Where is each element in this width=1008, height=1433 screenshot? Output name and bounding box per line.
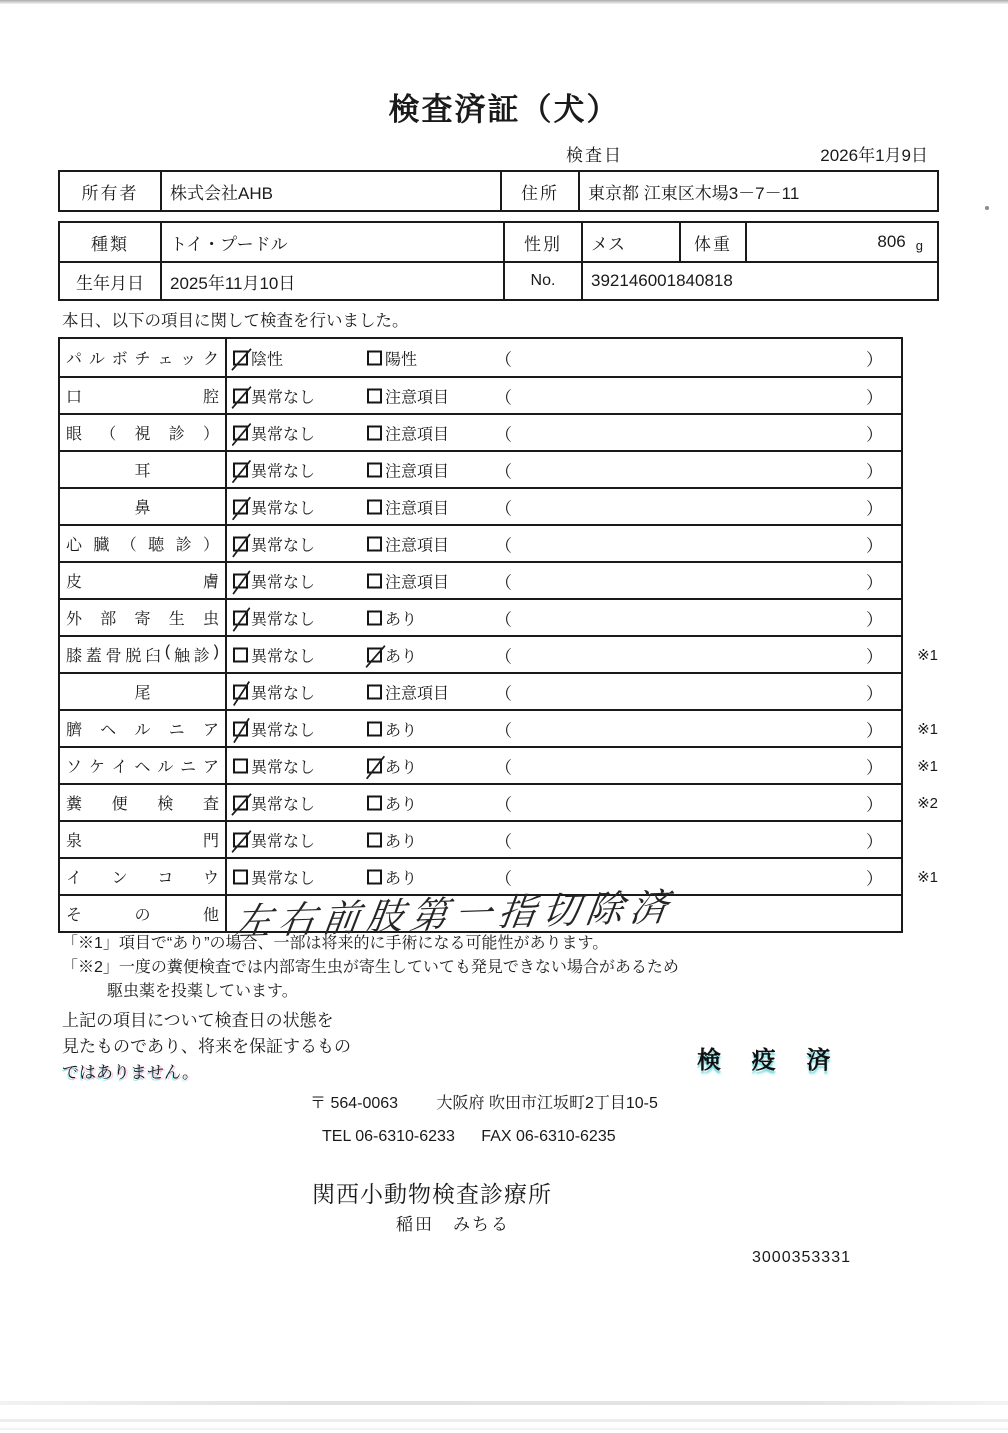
checkbox-option: 異常なし <box>233 532 315 555</box>
option-label: 注意項目 <box>385 458 449 481</box>
checkbox-option: 陰性 <box>233 346 283 369</box>
weight-unit: g <box>916 238 923 253</box>
checkbox-icon <box>233 647 248 662</box>
checkbox-icon <box>367 462 382 477</box>
breed-label: 種類 <box>60 223 162 261</box>
weight-value: 806 g <box>747 223 937 261</box>
checkbox-option: 異常なし <box>233 865 315 888</box>
item-label: 心臓（聴診） <box>66 532 219 555</box>
item-label-cell: ソケイヘルニア <box>60 748 227 783</box>
item-label: ソケイヘルニア <box>66 754 219 777</box>
item-label: 糞便検査 <box>66 791 219 814</box>
note-badge: ※1 <box>917 757 938 775</box>
exam-date-value: 2026年1月9日 <box>758 141 928 166</box>
birth-row: 生年月日 2025年11月10日 No. 392146001840818 <box>60 261 937 299</box>
checkbox-option: 陽性 <box>367 346 417 369</box>
checkbox-icon <box>367 610 382 625</box>
checkbox-icon <box>233 536 248 551</box>
checklist-row: 外部寄生虫異常なしあり（） <box>60 598 901 635</box>
scan-edge-bottom-3 <box>0 1428 1008 1430</box>
item-label-cell: 皮膚 <box>60 563 227 598</box>
paren-close: ） <box>866 679 883 704</box>
option-label: 異常なし <box>251 643 315 666</box>
clinic-tel: TEL 06-6310-6233 <box>322 1128 455 1145</box>
owner-table: 所有者 株式会社AHB 住所 東京都 江東区木場3－7－11 <box>58 170 939 212</box>
disclaimer-line-2: 見たものであり、将来を保証するもの <box>62 1034 351 1060</box>
paren-close: ） <box>866 494 883 519</box>
option-label: 異常なし <box>251 717 315 740</box>
option-label: 異常なし <box>251 421 315 444</box>
checkbox-option: 注意項目 <box>367 458 449 481</box>
sex-value: メス <box>583 223 681 261</box>
paren-close: ） <box>866 827 883 852</box>
checkbox-option: 異常なし <box>233 680 315 703</box>
checkbox-option: 異常なし <box>233 384 315 407</box>
breed-value: トイ・プードル <box>162 223 505 261</box>
checkbox-icon <box>233 684 248 699</box>
note-badge: ※1 <box>917 646 938 664</box>
checklist-row: 耳異常なし注意項目（） <box>60 450 901 487</box>
owner-value: 株式会社AHB <box>162 172 502 210</box>
clinic-name: 関西小動物検査診療所 <box>312 1176 552 1209</box>
item-content-cell: 異常なしあり（）※1 <box>227 637 901 672</box>
checkbox-icon <box>233 462 248 477</box>
option-label: 異常なし <box>251 754 315 777</box>
scan-edge-bottom-1 <box>0 1401 1008 1405</box>
checkbox-icon <box>233 350 248 365</box>
paren-open: （ <box>495 716 512 741</box>
option-label: あり <box>385 828 417 851</box>
disclaimer-line-1: 上記の項目について検査日の状態を <box>62 1008 351 1034</box>
item-label: 皮膚 <box>66 569 219 592</box>
item-label: インコウ <box>66 865 219 888</box>
item-label-cell: その他 <box>60 896 227 931</box>
checkbox-option: あり <box>367 828 417 851</box>
paren-open: （ <box>495 642 512 667</box>
scan-edge-bottom-2 <box>0 1419 1008 1422</box>
quarantine-stamp: 検 疫 済 <box>697 1040 842 1075</box>
exam-date-label: 検査日 <box>566 141 623 166</box>
paren-open: （ <box>495 383 512 408</box>
checkbox-option: 異常なし <box>233 458 315 481</box>
scan-edge-top <box>0 0 1008 4</box>
option-label: 注意項目 <box>385 532 449 555</box>
checkbox-icon <box>233 573 248 588</box>
option-label: 異常なし <box>251 865 315 888</box>
owner-row: 所有者 株式会社AHB 住所 東京都 江東区木場3－7－11 <box>60 172 937 210</box>
checkbox-option: 異常なし <box>233 606 315 629</box>
pen-check-mark-icon <box>365 644 386 667</box>
paren-open: （ <box>495 457 512 482</box>
checkbox-icon <box>367 795 382 810</box>
clinic-tel-line: TEL 06-6310-6233 FAX 06-6310-6235 <box>322 1128 616 1146</box>
item-content-cell: 異常なしあり（）※1 <box>227 748 901 783</box>
clinic-fax: FAX 06-6310-6235 <box>481 1128 615 1145</box>
paren-close: ） <box>866 568 883 593</box>
item-label-cell: 膝蓋骨脱臼(触診) <box>60 637 227 672</box>
weight-number: 806 <box>877 232 905 252</box>
checkbox-option: 注意項目 <box>367 495 449 518</box>
checklist-row: パルボチェック陰性陽性（） <box>60 339 901 376</box>
owner-label: 所有者 <box>60 172 162 210</box>
option-label: あり <box>385 754 417 777</box>
checkbox-icon <box>367 388 382 403</box>
item-content-cell: 異常なしあり（） <box>227 600 901 635</box>
paren-close: ） <box>866 605 883 630</box>
page-title: 検査済証（犬） <box>0 84 1008 129</box>
checkbox-option: あり <box>367 754 417 777</box>
option-label: あり <box>385 643 417 666</box>
checkbox-option: 注意項目 <box>367 569 449 592</box>
checkbox-option: 異常なし <box>233 828 315 851</box>
item-label-cell: 尾 <box>60 674 227 709</box>
item-label: 臍ヘルニア <box>66 717 219 740</box>
item-label-cell: インコウ <box>60 859 227 894</box>
checkbox-icon <box>233 795 248 810</box>
item-content-cell: 左右前肢第一指切除済 <box>227 896 901 931</box>
checklist-row: 鼻異常なし注意項目（） <box>60 487 901 524</box>
checkbox-icon <box>233 425 248 440</box>
option-label: 異常なし <box>251 569 315 592</box>
option-label: 注意項目 <box>385 680 449 703</box>
item-content-cell: 異常なし注意項目（） <box>227 674 901 709</box>
option-label: 注意項目 <box>385 421 449 444</box>
checkbox-icon <box>367 350 382 365</box>
item-content-cell: 異常なし注意項目（） <box>227 489 901 524</box>
option-label: 異常なし <box>251 384 315 407</box>
checklist-row: 心臓（聴診）異常なし注意項目（） <box>60 524 901 561</box>
paren-close: ） <box>866 457 883 482</box>
breed-row: 種類 トイ・プードル 性別 メス 体重 806 g <box>60 223 937 261</box>
checklist-row: 糞便検査異常なしあり（）※2 <box>60 783 901 820</box>
item-label: 口腔 <box>66 384 219 407</box>
no-label: No. <box>505 263 583 299</box>
checkbox-icon <box>233 758 248 773</box>
item-label: 鼻 <box>66 495 219 518</box>
checkbox-icon <box>367 573 382 588</box>
item-label-cell: 泉門 <box>60 822 227 857</box>
pen-check-mark-icon <box>232 533 251 557</box>
checklist-row: 膝蓋骨脱臼(触診)異常なしあり（）※1 <box>60 635 901 672</box>
footnote-2-cont: 駆虫薬を投薬しています。 <box>107 980 679 1004</box>
item-label: その他 <box>66 902 219 925</box>
checkbox-icon <box>367 684 382 699</box>
note-badge: ※1 <box>917 720 938 738</box>
option-label: 異常なし <box>251 495 315 518</box>
checkbox-icon <box>233 832 248 847</box>
paren-open: （ <box>495 420 512 445</box>
pen-check-mark-icon <box>232 496 251 520</box>
item-content-cell: 異常なし注意項目（） <box>227 415 901 450</box>
disclaimer: 上記の項目について検査日の状態を 見たものであり、将来を保証するもの ではありま… <box>62 1008 351 1086</box>
checkbox-option: あり <box>367 606 417 629</box>
address-value: 東京都 江東区木場3－7－11 <box>580 172 937 210</box>
checkbox-option: 注意項目 <box>367 384 449 407</box>
item-content-cell: 陰性陽性（） <box>227 339 901 376</box>
item-label-cell: パルボチェック <box>60 339 227 376</box>
checklist-table: パルボチェック陰性陽性（）口腔異常なし注意項目（）眼（視診）異常なし注意項目（）… <box>58 337 903 933</box>
item-content-cell: 異常なし注意項目（） <box>227 452 901 487</box>
item-label: 外部寄生虫 <box>66 606 219 629</box>
option-label: 注意項目 <box>385 569 449 592</box>
pen-check-mark-icon <box>231 793 252 816</box>
checkbox-option: 注意項目 <box>367 680 449 703</box>
paren-close: ） <box>866 531 883 556</box>
serial-number: 3000353331 <box>752 1249 851 1267</box>
paren-open: （ <box>495 753 512 778</box>
checkbox-icon <box>367 647 382 662</box>
checkbox-icon <box>367 536 382 551</box>
checkbox-icon <box>233 721 248 736</box>
pet-info-table: 種類 トイ・プードル 性別 メス 体重 806 g 生年月日 2025年11月1… <box>58 221 939 301</box>
option-label: 陽性 <box>385 346 417 369</box>
option-label: 異常なし <box>251 532 315 555</box>
birth-value: 2025年11月10日 <box>162 263 505 299</box>
checkbox-option: 異常なし <box>233 754 315 777</box>
pen-check-mark-icon <box>233 680 250 705</box>
checkbox-option: 注意項目 <box>367 421 449 444</box>
checkbox-option: 異常なし <box>233 421 315 444</box>
clinic-postal: 〒 564-0063 <box>310 1095 398 1112</box>
checkbox-option: 注意項目 <box>367 532 449 555</box>
item-label-cell: 心臓（聴診） <box>60 526 227 561</box>
paren-close: ） <box>866 716 883 741</box>
checklist-row: 皮膚異常なし注意項目（） <box>60 561 901 598</box>
note-badge: ※2 <box>917 794 938 812</box>
option-label: あり <box>385 791 417 814</box>
item-label: 眼（視診） <box>66 421 219 444</box>
paren-close: ） <box>866 642 883 667</box>
paren-open: （ <box>495 568 512 593</box>
option-label: 注意項目 <box>385 495 449 518</box>
checkbox-option: 異常なし <box>233 569 315 592</box>
checkbox-icon <box>367 869 382 884</box>
checkbox-option: 異常なし <box>233 643 315 666</box>
option-label: 陰性 <box>251 346 283 369</box>
checkbox-icon <box>367 499 382 514</box>
paren-open: （ <box>495 345 512 370</box>
checkbox-option: 異常なし <box>233 717 315 740</box>
certificate-page: 検査済証（犬） 検査日 2026年1月9日 所有者 株式会社AHB 住所 東京都… <box>0 0 1008 1433</box>
option-label: 異常なし <box>251 458 315 481</box>
pen-check-mark-icon <box>231 829 252 852</box>
item-content-cell: 異常なしあり（）※2 <box>227 785 901 820</box>
item-label: 耳 <box>66 458 219 481</box>
intro-sentence: 本日、以下の項目に関して検査を行いました。 <box>62 307 409 331</box>
item-label: 膝蓋骨脱臼(触診) <box>66 643 219 666</box>
sex-label: 性別 <box>505 223 583 261</box>
item-label-cell: 臍ヘルニア <box>60 711 227 746</box>
footnotes: 「※1」項目で“あり”の場合、一部は将来的に手術になる可能性があります。 「※2… <box>62 932 679 1004</box>
item-content-cell: 異常なし注意項目（） <box>227 563 901 598</box>
vet-name: 稲田 みちる <box>396 1210 510 1235</box>
pen-check-mark-icon <box>231 422 251 446</box>
weight-label: 体重 <box>681 223 747 261</box>
checkbox-option: あり <box>367 717 417 740</box>
item-label-cell: 糞便検査 <box>60 785 227 820</box>
pen-check-mark-icon <box>232 570 251 595</box>
item-label: 尾 <box>66 680 219 703</box>
checkbox-icon <box>367 425 382 440</box>
note-badge: ※1 <box>917 868 938 886</box>
item-label: パルボチェック <box>66 346 219 369</box>
checkbox-icon <box>367 721 382 736</box>
paren-open: （ <box>495 790 512 815</box>
item-label-cell: 鼻 <box>60 489 227 524</box>
pen-check-mark-icon <box>233 717 250 743</box>
item-label: 泉門 <box>66 828 219 851</box>
paren-close: ） <box>866 383 883 408</box>
item-content-cell: 異常なしあり（） <box>227 822 901 857</box>
clinic-address: 大阪府 吹田市江坂町2丁目10-5 <box>437 1095 658 1112</box>
checkbox-option: あり <box>367 643 417 666</box>
paren-close: ） <box>866 790 883 815</box>
checkbox-icon <box>367 758 382 773</box>
checkbox-icon <box>233 869 248 884</box>
pen-check-mark-icon <box>231 348 252 371</box>
paren-close: ） <box>866 753 883 778</box>
paren-close: ） <box>866 345 883 370</box>
checklist-row: その他左右前肢第一指切除済 <box>60 894 901 931</box>
option-label: 異常なし <box>251 680 315 703</box>
clinic-address-line: 〒 564-0063 大阪府 吹田市江坂町2丁目10-5 <box>310 1090 658 1113</box>
checklist-row: 臍ヘルニア異常なしあり（）※1 <box>60 709 901 746</box>
item-content-cell: 異常なし注意項目（） <box>227 526 901 561</box>
checklist-row: 泉門異常なしあり（） <box>60 820 901 857</box>
checkbox-icon <box>233 610 248 625</box>
paren-open: （ <box>495 679 512 704</box>
address-label: 住所 <box>502 172 580 210</box>
pen-check-mark-icon <box>231 385 252 408</box>
option-label: 注意項目 <box>385 384 449 407</box>
item-content-cell: 異常なしあり（）※1 <box>227 711 901 746</box>
paren-open: （ <box>495 531 512 556</box>
pen-check-mark-icon <box>232 607 250 632</box>
paren-open: （ <box>495 605 512 630</box>
option-label: 異常なし <box>251 828 315 851</box>
option-label: 異常なし <box>251 791 315 814</box>
checkbox-icon <box>233 388 248 403</box>
paren-close: ） <box>866 420 883 445</box>
item-label-cell: 外部寄生虫 <box>60 600 227 635</box>
checkbox-option: あり <box>367 791 417 814</box>
option-label: 異常なし <box>251 606 315 629</box>
option-label: あり <box>385 717 417 740</box>
pen-check-mark-icon <box>232 459 252 483</box>
item-content-cell: 異常なし注意項目（） <box>227 378 901 413</box>
checkbox-option: 異常なし <box>233 495 315 518</box>
checkbox-icon <box>233 499 248 514</box>
scan-speck <box>985 206 989 210</box>
checklist-row: 眼（視診）異常なし注意項目（） <box>60 413 901 450</box>
footnote-2: 「※2」一度の糞便検査では内部寄生虫が寄生していても発見できない場合があるため <box>62 956 679 980</box>
option-label: あり <box>385 606 417 629</box>
no-value: 392146001840818 <box>583 263 937 299</box>
checklist-row: 口腔異常なし注意項目（） <box>60 376 901 413</box>
checklist-row: 尾異常なし注意項目（） <box>60 672 901 709</box>
checklist-row: ソケイヘルニア異常なしあり（）※1 <box>60 746 901 783</box>
item-label-cell: 口腔 <box>60 378 227 413</box>
birth-label: 生年月日 <box>60 263 162 299</box>
pen-check-mark-icon <box>366 755 385 779</box>
item-label-cell: 眼（視診） <box>60 415 227 450</box>
paren-open: （ <box>495 827 512 852</box>
paren-open: （ <box>495 494 512 519</box>
disclaimer-line-3: ではありません。 <box>62 1060 351 1086</box>
item-label-cell: 耳 <box>60 452 227 487</box>
checkbox-option: 異常なし <box>233 791 315 814</box>
paren-close: ） <box>866 864 883 889</box>
checkbox-icon <box>367 832 382 847</box>
